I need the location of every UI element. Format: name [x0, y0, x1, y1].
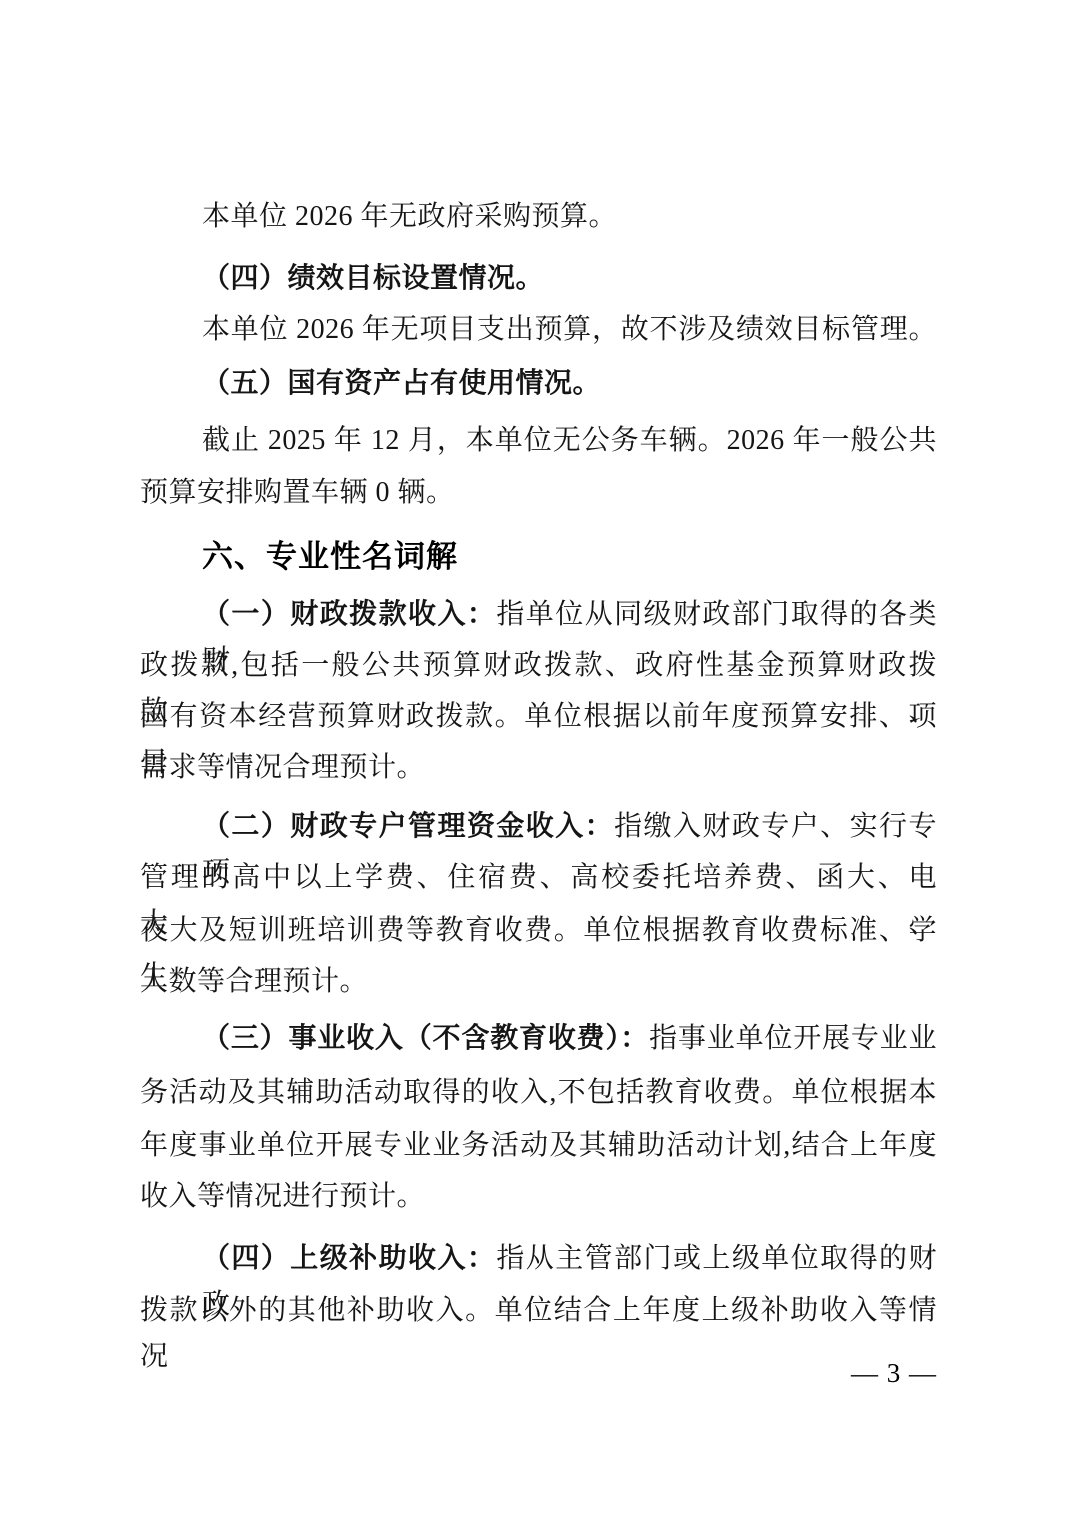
- section-performance-body-line: 本单位 2026 年无项目支出预算，故不涉及绩效目标管理。: [140, 307, 937, 353]
- term-text: 指事业单位开展专业业: [649, 1023, 937, 1054]
- section-assets-body-line: 预算安排购置车辆 0 辆。: [140, 470, 937, 516]
- term-lead: （二）财政专户管理资金收入：: [202, 811, 614, 842]
- term-line: 务活动及其辅助活动取得的收入,不包括教育收费。单位根据本: [140, 1070, 937, 1116]
- section-assets-heading: （五）国有资产占有使用情况。: [140, 361, 937, 407]
- procurement-note-line: 本单位 2026 年无政府采购预算。: [140, 194, 937, 240]
- term-line: 需求等情况合理预计。: [140, 745, 937, 791]
- section-assets-body-line: 截止 2025 年 12 月，本单位无公务车辆。2026 年一般公共: [140, 418, 937, 464]
- term-lead: （一）财政拨款收入：: [202, 599, 496, 630]
- term-line: 人数等合理预计。: [140, 959, 937, 1005]
- document-page: 本单位 2026 年无政府采购预算。 （四）绩效目标设置情况。 本单位 2026…: [0, 0, 1074, 1520]
- term-line: （三）事业收入（不含教育收费）：指事业单位开展专业业: [140, 1016, 937, 1062]
- term-line: 收入等情况进行预计。: [140, 1174, 937, 1220]
- term-lead: （四）上级补助收入：: [202, 1243, 496, 1274]
- page-number: — 3 —: [140, 1356, 937, 1390]
- term-lead: （三）事业收入（不含教育收费）：: [202, 1023, 649, 1054]
- glossary-heading: 六、专业性名词解: [140, 534, 937, 580]
- term-line: 年度事业单位开展专业业务活动及其辅助活动计划,结合上年度: [140, 1123, 937, 1169]
- section-performance-heading: （四）绩效目标设置情况。: [140, 256, 937, 302]
